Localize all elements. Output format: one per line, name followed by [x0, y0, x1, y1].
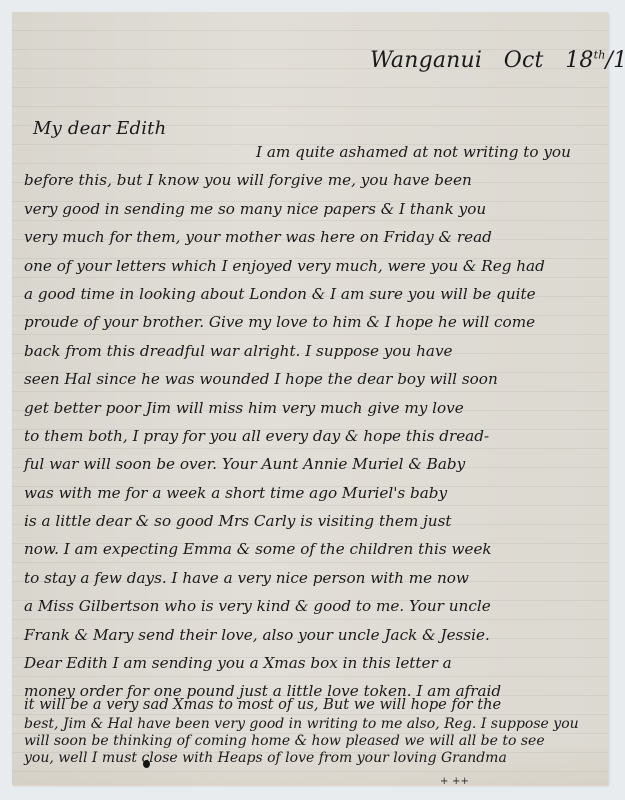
letter-place: Wanganui — [370, 48, 482, 73]
body-line: Dear Edith I am sending you a Xmas box i… — [24, 649, 604, 677]
closing-line: you, well I must close with Heaps of lov… — [24, 750, 604, 767]
letter-date-day: 18 — [565, 48, 593, 73]
body-line: to them both, I pray for you all every d… — [24, 422, 604, 450]
body-line: ful war will soon be over. Your Aunt Ann… — [24, 450, 604, 478]
body-line: a good time in looking about London & I … — [24, 280, 604, 308]
letter-body: I am quite ashamed at not writing to you… — [24, 138, 604, 706]
body-line: get better poor Jim will miss him very m… — [24, 394, 604, 422]
closing-line: it will be a very sad Xmas to most of us… — [24, 694, 604, 716]
letter-date-year: 1916 — [613, 48, 625, 73]
letter-date-suffix: th — [594, 49, 606, 62]
body-line: Frank & Mary send their love, also your … — [24, 621, 604, 649]
body-line: proude of your brother. Give my love to … — [24, 308, 604, 336]
body-line: is a little dear & so good Mrs Carly is … — [24, 507, 604, 535]
body-line: a Miss Gilbertson who is very kind & goo… — [24, 592, 604, 620]
letter-heading: Wanganui Oct 18th/1916 — [370, 48, 625, 73]
body-line: back from this dreadful war alright. I s… — [24, 337, 604, 365]
ink-blot — [143, 760, 150, 768]
body-line: very much for them, your mother was here… — [24, 223, 604, 251]
body-line: before this, but I know you will forgive… — [24, 166, 604, 194]
closing-line: will soon be thinking of coming home & h… — [24, 733, 604, 750]
letter-salutation: My dear Edith — [33, 118, 166, 139]
body-line: very good in sending me so many nice pap… — [24, 195, 604, 223]
body-line: one of your letters which I enjoyed very… — [24, 252, 604, 280]
body-line: seen Hal since he was wounded I hope the… — [24, 365, 604, 393]
signature-kisses: + ++ — [440, 776, 469, 787]
body-line: I am quite ashamed at not writing to you — [24, 138, 604, 166]
body-line: to stay a few days. I have a very nice p… — [24, 564, 604, 592]
closing-line: best, Jim & Hal have been very good in w… — [24, 716, 604, 733]
letter-closing: it will be a very sad Xmas to most of us… — [24, 694, 604, 767]
body-line: now. I am expecting Emma & some of the c… — [24, 535, 604, 563]
body-line: was with me for a week a short time ago … — [24, 479, 604, 507]
letter-date-month: Oct — [504, 48, 544, 73]
